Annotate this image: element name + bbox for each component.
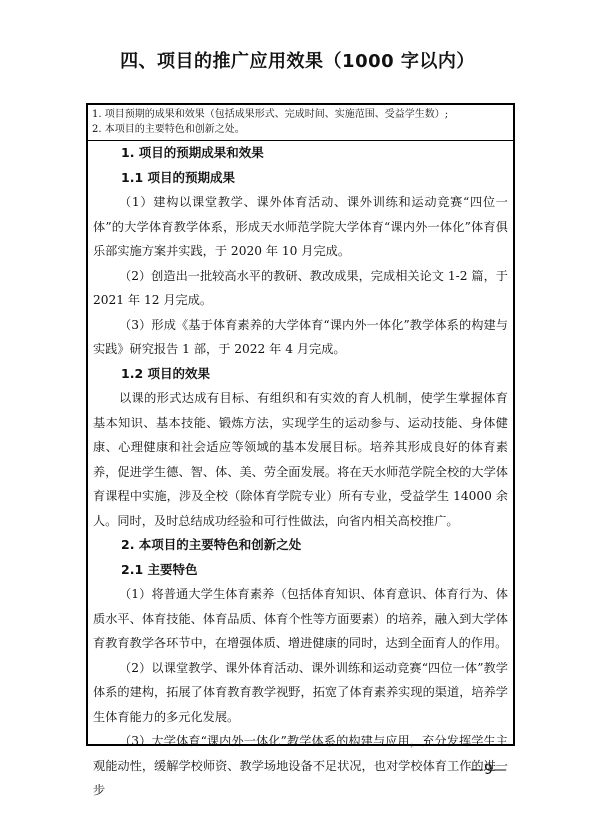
section-heading: 2. 本项目的主要特色和创新之处 [93,533,508,558]
content-table: 1. 项目预期的成果和效果（包括成果形式、完成时间、实施范围、受益学生数）; 2… [86,103,515,746]
paragraph: （1）建构以课堂教学、课外体育活动、课外训练和运动竞赛“四位一体”的大学体育教学… [93,190,508,264]
paragraph: 以课的形式达成有目标、有组织和有实效的育人机制，使学生掌握体育基本知识、基本技能… [93,386,508,533]
paragraph: （3）大学体育“课内外一体化”教学体系的构建与应用，充分发挥学生主观能动性，缓解… [93,729,508,803]
subsection-heading: 1.2 项目的效果 [93,362,508,387]
table-header-notes: 1. 项目预期的成果和效果（包括成果形式、完成时间、实施范围、受益学生数）; 2… [88,105,513,141]
paragraph: （3）形成《基于体育素养的大学体育“课内外一体化”教学体系的构建与实践》研究报告… [93,313,508,362]
section-heading: 1. 项目的预期成果和效果 [93,141,508,166]
header-note: 2. 本项目的主要特色和创新之处。 [92,122,509,137]
page-number: —9— [470,762,507,778]
page-title: 四、项目的推广应用效果（1000 字以内） [0,47,595,73]
subsection-heading: 1.1 项目的预期成果 [93,166,508,191]
table-body: 1. 项目的预期成果和效果 1.1 项目的预期成果 （1）建构以课堂教学、课外体… [88,141,513,803]
header-note: 1. 项目预期的成果和效果（包括成果形式、完成时间、实施范围、受益学生数）; [92,107,509,122]
paragraph: （2）创造出一批较高水平的教研、教改成果，完成相关论文 1-2 篇，于 2021… [93,264,508,313]
paragraph: （2）以课堂教学、课外体育活动、课外训练和运动竞赛“四位一体”教学体系的建构，拓… [93,656,508,730]
paragraph: （1）将普通大学生体育素养（包括体育知识、体育意识、体育行为、体质水平、体育技能… [93,582,508,656]
subsection-heading: 2.1 主要特色 [93,558,508,583]
